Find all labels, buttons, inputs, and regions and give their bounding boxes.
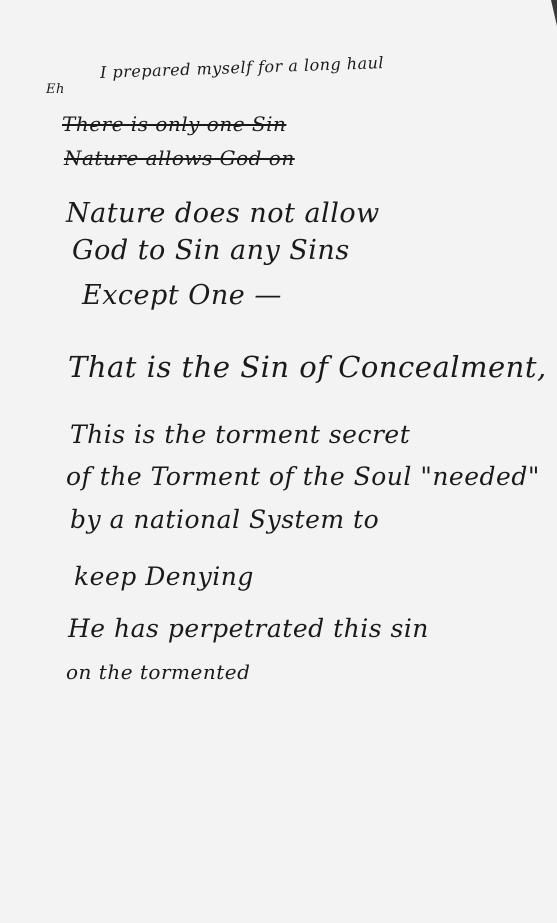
margin-note: Eh bbox=[46, 82, 65, 97]
handwritten-line-8: This is the torment secret bbox=[70, 420, 410, 449]
handwritten-line-11: keep Denying bbox=[74, 562, 254, 591]
page-corner-shadow bbox=[551, 0, 557, 26]
struck-line-3: Nature allows God on bbox=[64, 146, 295, 170]
struck-line-2: There is only one Sin bbox=[62, 112, 286, 136]
handwritten-line-1: I prepared myself for a long haul bbox=[100, 53, 385, 82]
handwritten-line-6: Except One — bbox=[82, 280, 282, 311]
handwritten-line-7: That is the Sin of Concealment, bbox=[68, 350, 547, 384]
handwritten-line-5: God to Sin any Sins bbox=[72, 235, 350, 266]
handwritten-line-4: Nature does not allow bbox=[66, 198, 380, 229]
handwritten-line-12: He has perpetrated this sin bbox=[68, 614, 429, 643]
handwritten-line-13: on the tormented bbox=[66, 660, 250, 684]
manuscript-page: Eh I prepared myself for a long haul The… bbox=[0, 0, 557, 923]
handwritten-line-9: of the Torment of the Soul "needed" bbox=[66, 462, 540, 491]
handwritten-line-10: by a national System to bbox=[70, 505, 379, 534]
